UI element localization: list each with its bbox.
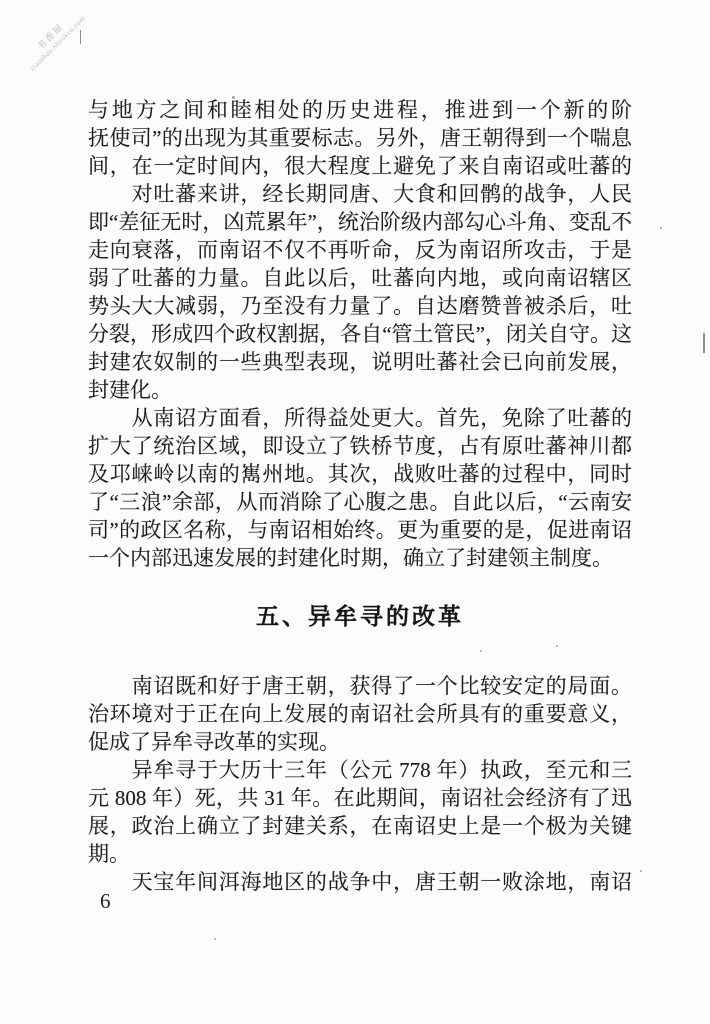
text-line: 促成了异牟寻改革的实现。 [88, 728, 632, 756]
text-line: 元 808 年）死，共 31 年。在此期间，南诏社会经济有了迅速发 [88, 784, 632, 812]
watermark-text: 书香屋 [0, 0, 104, 90]
section-heading: 五、异牟寻的改革 [88, 602, 632, 632]
page-number: 6 [100, 889, 111, 914]
text-line: 期。 [88, 840, 632, 868]
text-line: 从南诏方面看，所得益处更大。首先，免除了吐蕃的威胁， [88, 404, 632, 432]
paragraph: 与地方之间和睦相处的历史进程，推进到一个新的阶段，“云南安抚使司”的出现为其重要… [88, 96, 632, 180]
text-line: 封建农奴制的一些典型表现，说明吐蕃社会已向前发展，实现了 [88, 348, 632, 376]
text-line: 弱了吐蕃的力量。自此以后，吐蕃向内地，或向南诏辖区出击的 [88, 264, 632, 292]
text-line: 司”的政区名称，与南诏相始终。更为重要的是，促进南诏跨入 [88, 516, 632, 544]
text-line: 天宝年间洱海地区的战争中，唐王朝一败涂地，南诏势力迅 [88, 868, 632, 896]
text-line: 展，政治上确立了封建关系，在南诏史上是一个极为关键的时 [88, 812, 632, 840]
book-page: 书香屋 xiaoshuo.xbookcn.com 与地方之间和睦相处的历史进程，… [0, 0, 710, 1024]
scan-speck [640, 870, 642, 872]
scan-speck [480, 650, 482, 652]
text-line: 扩大了统治区域，即设立了铁桥节度，占有原吐蕃神川都督辖境 [88, 432, 632, 460]
paragraph: 对吐蕃来讲，经长期同唐、大食和回鹘的战争，人民疲弊，即“差征无时，凶荒累年”，统… [88, 180, 632, 404]
text-line: 了“三浪”余部，从而消除了心腹之患。自此以后，“云南安抚使 [88, 488, 632, 516]
text-line: 一个内部迅速发展的封建化时期，确立了封建领主制度。 [88, 544, 632, 572]
text-line: 抚使司”的出现为其重要标志。另外，唐王朝得到一个喘息的时 [88, 124, 632, 152]
text-line: 及邛崃岭以南的嶲州地。其次，战败吐蕃的过程中，同时也消灭 [88, 460, 632, 488]
text-line: 对吐蕃来讲，经长期同唐、大食和回鹘的战争，人民疲弊， [88, 180, 632, 208]
text-line: 间，在一定时间内，很大程度上避免了来自南诏或吐蕃的压力。 [88, 152, 632, 180]
text-line: 封建化。 [88, 376, 632, 404]
paragraph: 天宝年间洱海地区的战争中，唐王朝一败涂地，南诏势力迅 [88, 868, 632, 896]
text-line: 南诏既和好于唐王朝，获得了一个比较安定的局面。这一政 [88, 672, 632, 700]
text-line: 走向衰落，而南诏不仅不再听命，反为南诏所攻击，于是更加削 [88, 236, 632, 264]
text-line: 与地方之间和睦相处的历史进程，推进到一个新的阶段，“云南安 [88, 96, 632, 124]
scan-edge-mark [80, 30, 81, 44]
paragraph: 从南诏方面看，所得益处更大。首先，免除了吐蕃的威胁，扩大了统治区域，即设立了铁桥… [88, 404, 632, 572]
text-block: 与地方之间和睦相处的历史进程，推进到一个新的阶段，“云南安抚使司”的出现为其重要… [88, 96, 632, 896]
scan-speck [660, 227, 662, 229]
scan-speck [556, 645, 558, 647]
text-line: 势头大大减弱，乃至没有力量了。自达磨赞普被杀后，吐蕃内部 [88, 292, 632, 320]
scan-edge-mark [703, 333, 705, 353]
paragraph: 南诏既和好于唐王朝，获得了一个比较安定的局面。这一政治环境对于正在向上发展的南诏… [88, 672, 632, 756]
text-line: 分裂，形成四个政权割据，各自“管土管民”，闭关自守。这正是 [88, 320, 632, 348]
text-line: 即“差征无时，凶荒累年”，统治阶级内部勾心斗角、变乱不息、 [88, 208, 632, 236]
scan-speck [232, 96, 235, 99]
paragraph: 异牟寻于大历十三年（公元 778 年）执政，至元和三年（公元 808 年）死，共… [88, 756, 632, 868]
watermark-url: xiaoshuo.xbookcn.com [5, 0, 110, 97]
scan-speck [214, 938, 216, 940]
watermark: 书香屋 xiaoshuo.xbookcn.com [0, 0, 111, 97]
text-line: 治环境对于正在向上发展的南诏社会所具有的重要意义，就在于 [88, 700, 632, 728]
text-line: 异牟寻于大历十三年（公元 778 年）执政，至元和三年（公 [88, 756, 632, 784]
